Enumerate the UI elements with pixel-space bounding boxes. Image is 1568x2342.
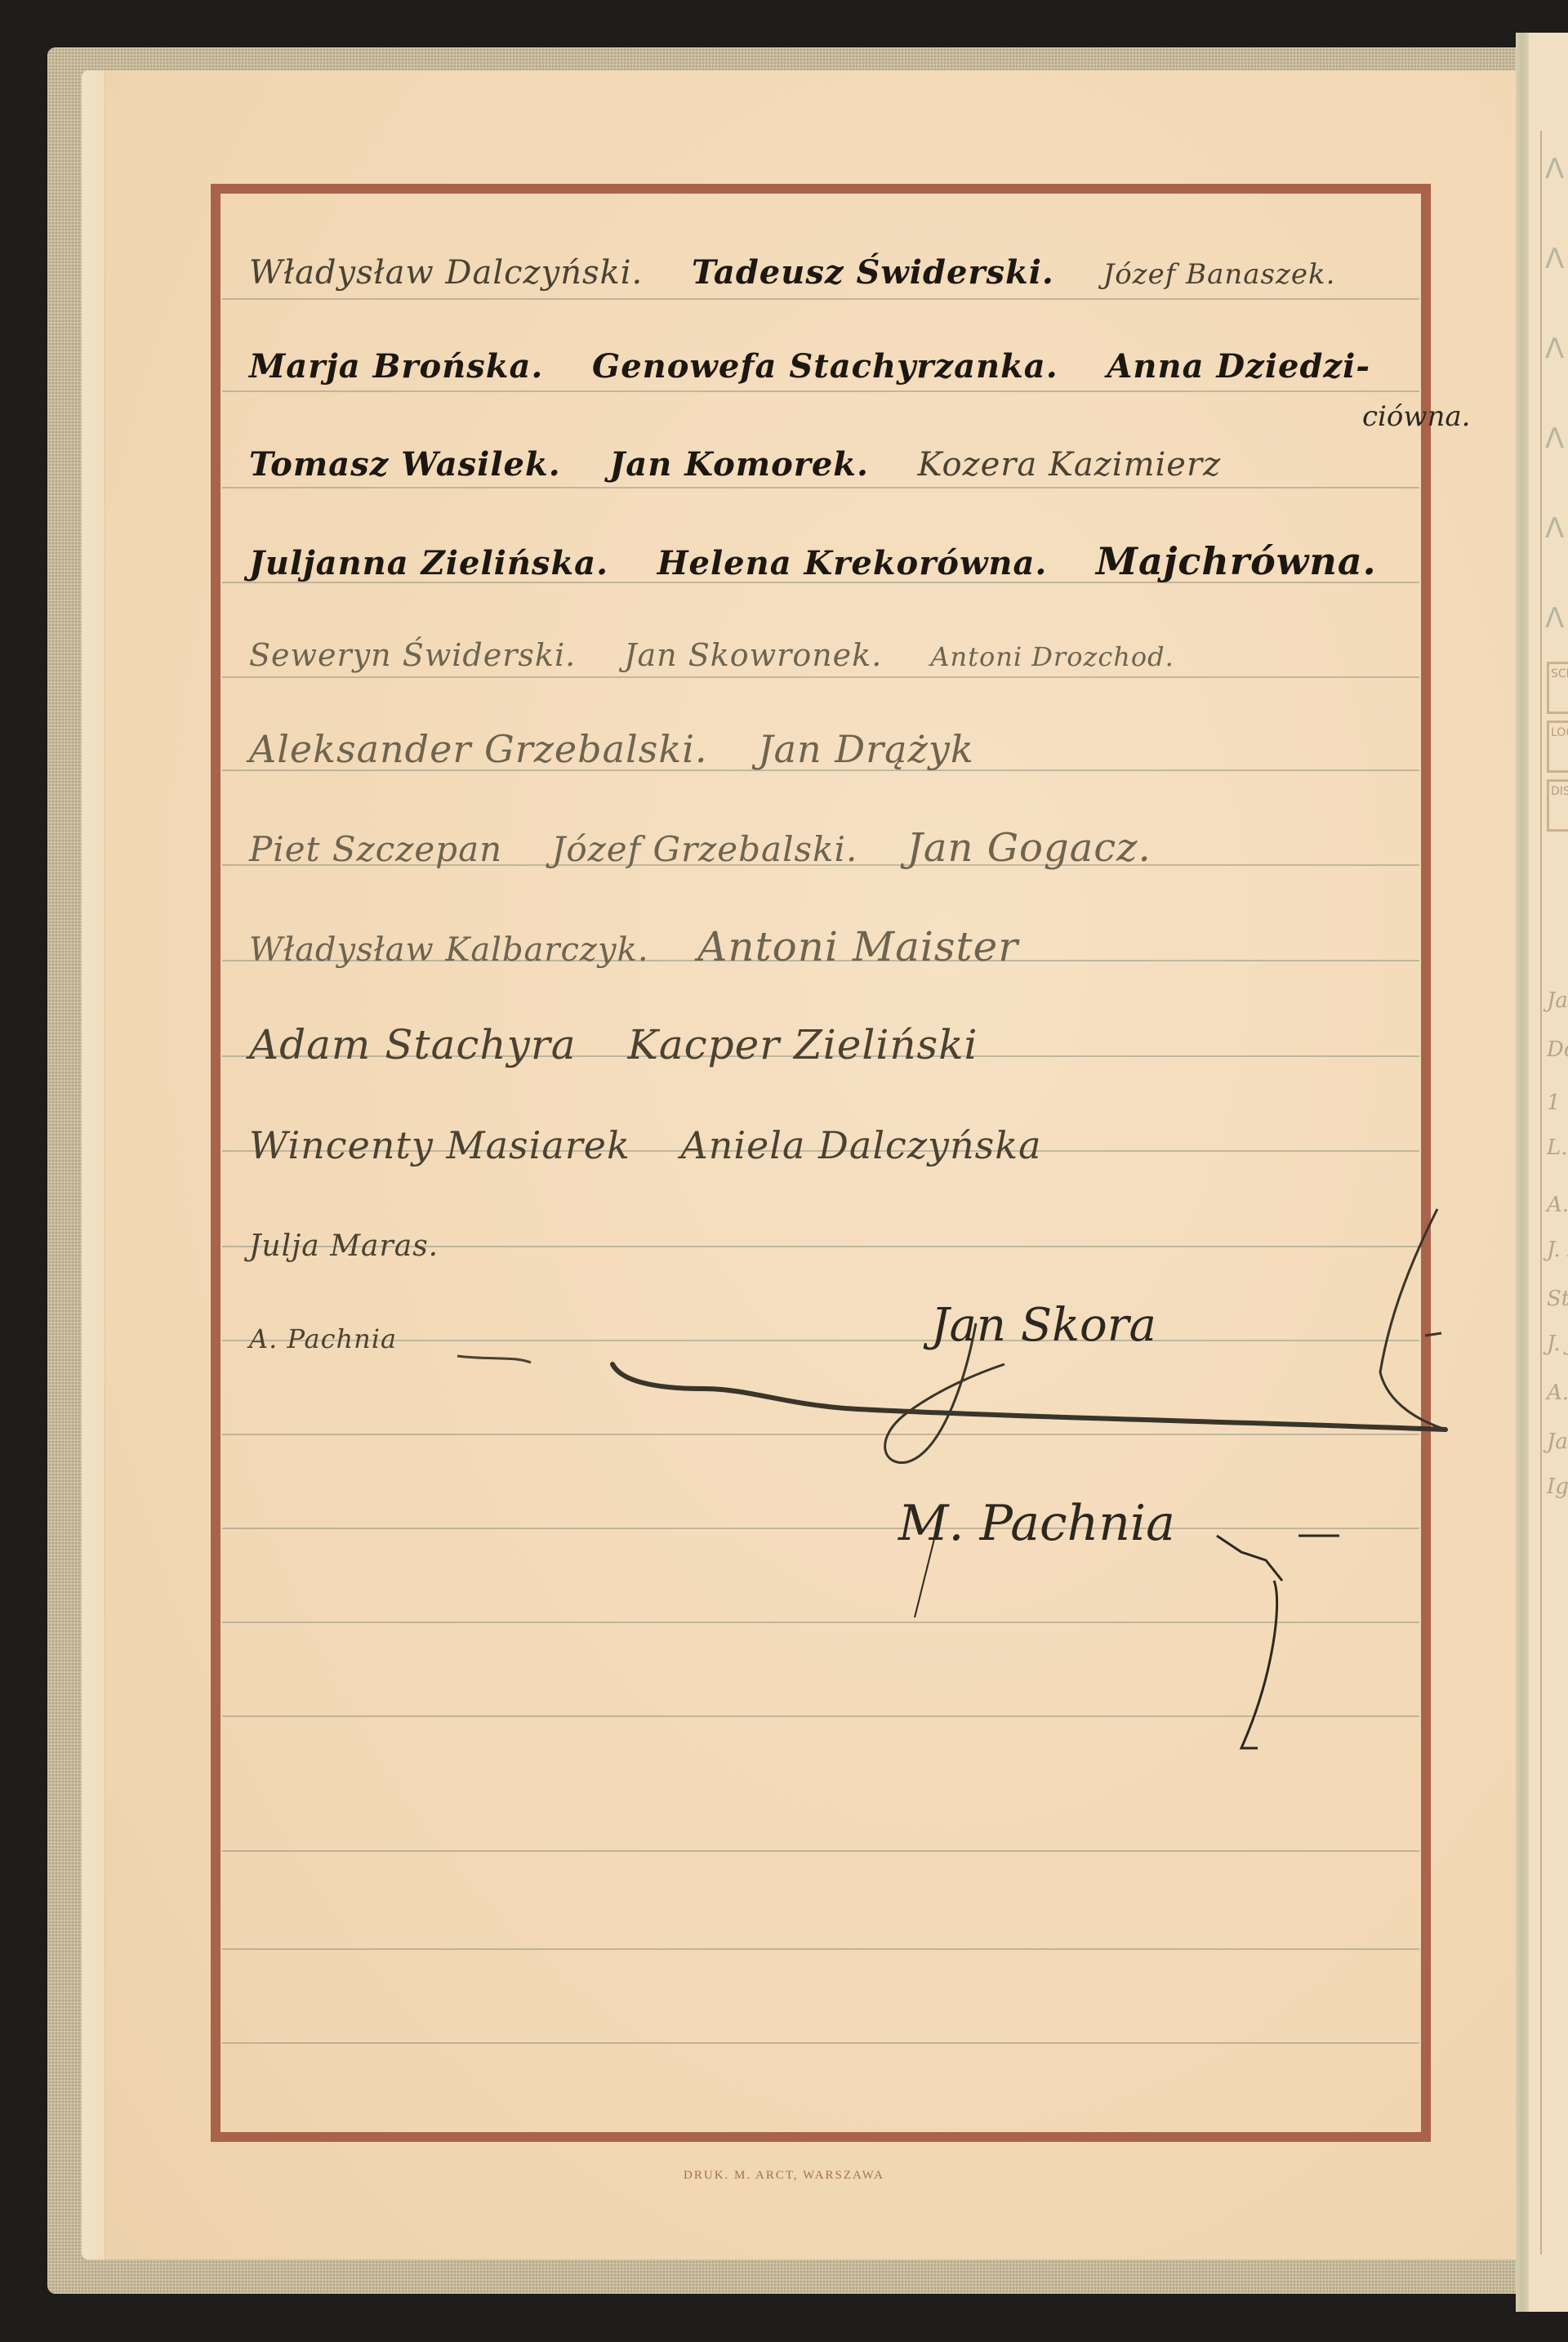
printer-imprint: DRUK. M. ARCT, WARSZAWA (0, 2169, 1568, 2183)
signature-flourish-strokes (0, 0, 1568, 2342)
